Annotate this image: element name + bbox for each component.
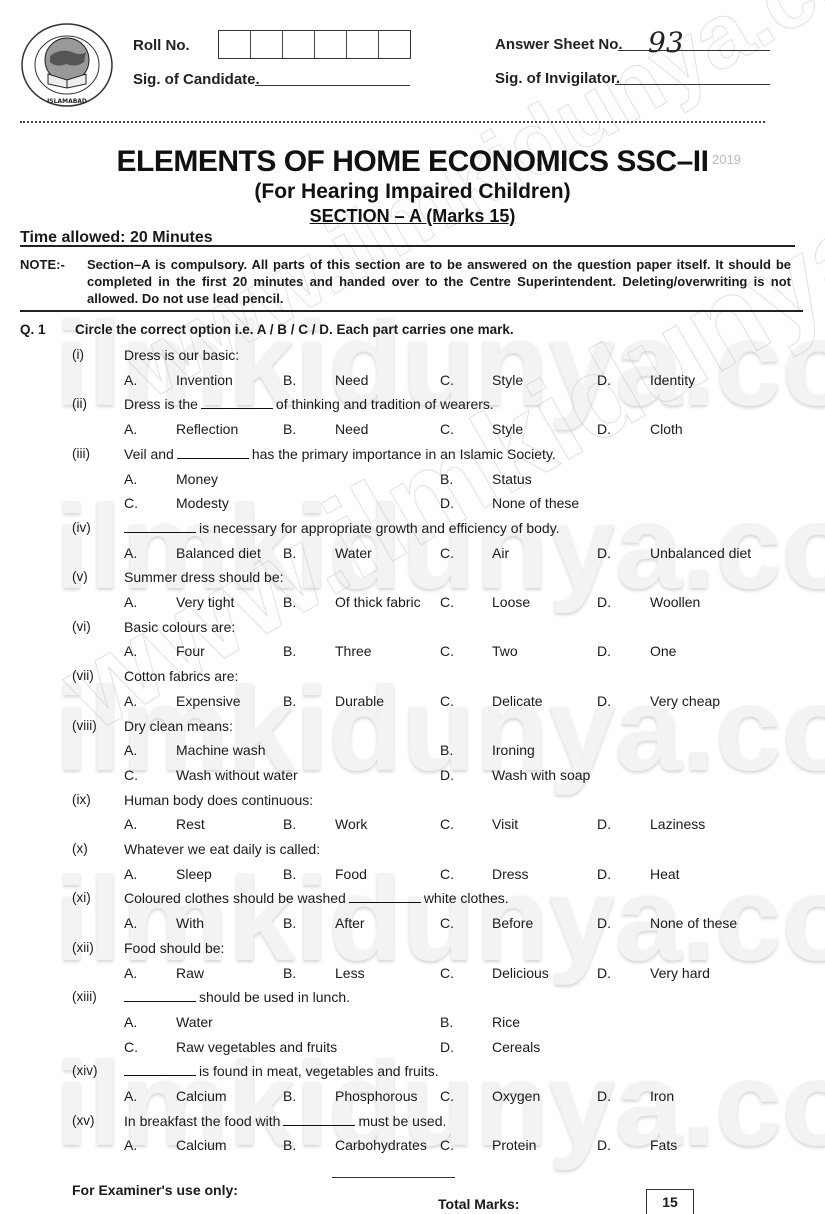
option-letter[interactable]: B. xyxy=(283,1137,296,1153)
question-text: Coloured clothes should be washed xyxy=(124,890,346,906)
board-seal-logo: ISLAMABAD xyxy=(20,22,114,108)
question-number: (xv) xyxy=(72,1113,95,1128)
option-text[interactable]: Laziness xyxy=(650,816,705,832)
question-text: Cotton fabrics are: xyxy=(124,668,238,684)
question-text: is found in meat, vegetables and fruits. xyxy=(199,1063,439,1079)
option-text[interactable]: Iron xyxy=(650,1088,674,1104)
divider xyxy=(20,310,803,312)
question-number: (xii) xyxy=(72,940,94,955)
option-text[interactable]: Reflection xyxy=(176,421,238,437)
option-letter[interactable]: B. xyxy=(283,594,296,610)
question-number: (xiv) xyxy=(72,1063,98,1078)
option-letter[interactable]: B. xyxy=(283,693,296,709)
roll-no-boxes[interactable] xyxy=(218,30,411,59)
option-text[interactable]: Raw xyxy=(176,965,204,981)
question-number: (viii) xyxy=(72,718,97,733)
question-stem: Summer dress should be: xyxy=(124,569,284,585)
question-number: (i) xyxy=(72,347,84,362)
fill-in-blank xyxy=(124,520,196,533)
option-text[interactable]: None of these xyxy=(650,915,737,931)
option-letter[interactable]: C. xyxy=(124,1039,138,1055)
question-stem: Food should be: xyxy=(124,940,224,956)
question-number: (iv) xyxy=(72,520,91,535)
question-number: (ii) xyxy=(72,396,87,411)
question-stem: Human body does continuous: xyxy=(124,792,313,808)
option-letter[interactable]: D. xyxy=(597,693,611,709)
option-letter[interactable]: B. xyxy=(283,372,296,388)
note-label: NOTE:- xyxy=(20,257,65,272)
option-letter[interactable]: B. xyxy=(283,421,296,437)
option-text[interactable]: Protein xyxy=(492,1137,536,1153)
roll-no-digit-box[interactable] xyxy=(315,31,347,58)
option-text[interactable]: One xyxy=(650,643,676,659)
option-text[interactable]: Carbohydrates xyxy=(335,1137,427,1153)
option-letter[interactable]: D. xyxy=(597,816,611,832)
fill-in-blank xyxy=(124,1063,196,1076)
paper-title: ELEMENTS OF HOME ECONOMICS SSC–II xyxy=(0,145,825,179)
fill-in-blank xyxy=(349,890,421,903)
option-text[interactable]: Less xyxy=(335,965,365,981)
option-text[interactable]: Very tight xyxy=(176,594,234,610)
option-letter[interactable]: A. xyxy=(124,915,137,931)
option-text[interactable]: Four xyxy=(176,643,205,659)
roll-no-digit-box[interactable] xyxy=(347,31,379,58)
option-letter[interactable]: A. xyxy=(124,372,137,388)
option-text[interactable]: None of these xyxy=(492,495,579,511)
question-stem: Dress is theof thinking and tradition of… xyxy=(124,396,494,412)
option-text[interactable]: With xyxy=(176,915,204,931)
option-text[interactable]: Modesty xyxy=(176,495,229,511)
question-number: (xi) xyxy=(72,890,91,905)
option-text[interactable]: Delicate xyxy=(492,693,543,709)
question-stem: should be used in lunch. xyxy=(124,989,350,1005)
option-text[interactable]: Water xyxy=(176,1014,213,1030)
sig-candidate-line[interactable] xyxy=(255,85,410,86)
paper-subtitle: (For Hearing Impaired Children) xyxy=(0,180,825,204)
fill-in-blank xyxy=(283,1113,355,1126)
option-letter[interactable]: B. xyxy=(283,915,296,931)
option-text[interactable]: Oxygen xyxy=(492,1088,540,1104)
note-text: Section–A is compulsory. All parts of th… xyxy=(87,256,791,307)
question-text: Basic colours are: xyxy=(124,619,235,635)
sig-invigilator-label: Sig. of Invigilator. xyxy=(495,70,620,87)
option-text[interactable]: Need xyxy=(335,372,368,388)
option-text[interactable]: Raw vegetables and fruits xyxy=(176,1039,337,1055)
option-letter[interactable]: D. xyxy=(440,495,454,511)
examiner-signature-line xyxy=(332,1177,455,1178)
option-letter[interactable]: D. xyxy=(597,421,611,437)
question-stem: is found in meat, vegetables and fruits. xyxy=(124,1063,439,1079)
question-stem: is necessary for appropriate growth and … xyxy=(124,520,560,536)
option-text[interactable]: Heat xyxy=(650,866,680,882)
sig-invigilator-line[interactable] xyxy=(615,84,770,85)
option-letter[interactable]: C. xyxy=(124,767,138,783)
sig-candidate-label: Sig. of Candidate. xyxy=(133,71,260,88)
option-text[interactable]: Visit xyxy=(492,816,518,832)
option-letter[interactable]: B. xyxy=(283,545,296,561)
question-stem: Basic colours are: xyxy=(124,619,235,635)
option-letter[interactable]: A. xyxy=(124,866,137,882)
question-number: (xiii) xyxy=(72,989,97,1004)
option-letter[interactable]: D. xyxy=(440,767,454,783)
option-text[interactable]: After xyxy=(335,915,365,931)
option-letter[interactable]: B. xyxy=(440,742,453,758)
answer-sheet-handwritten-value: 93 xyxy=(648,26,684,59)
question-stem: In breakfast the food withmust be used. xyxy=(124,1113,446,1129)
option-text[interactable]: Water xyxy=(335,545,372,561)
option-letter[interactable]: A. xyxy=(124,421,137,437)
total-marks-label: Total Marks: xyxy=(438,1196,519,1212)
option-text[interactable]: Woollen xyxy=(650,594,700,610)
question-text: Dress is our basic: xyxy=(124,347,239,363)
option-letter[interactable]: B. xyxy=(283,866,296,882)
option-text[interactable]: Of thick fabric xyxy=(335,594,421,610)
option-letter[interactable]: A. xyxy=(124,965,137,981)
question-text: should be used in lunch. xyxy=(199,989,350,1005)
option-letter[interactable]: A. xyxy=(124,1137,137,1153)
roll-no-label: Roll No. xyxy=(133,37,190,54)
option-letter[interactable]: D. xyxy=(597,594,611,610)
option-text[interactable]: Air xyxy=(492,545,509,561)
option-letter[interactable]: C. xyxy=(440,421,454,437)
option-letter[interactable]: C. xyxy=(440,372,454,388)
option-letter[interactable]: B. xyxy=(283,816,296,832)
roll-no-digit-box[interactable] xyxy=(283,31,315,58)
option-letter[interactable]: C. xyxy=(440,965,454,981)
examiner-label: For Examiner's use only: xyxy=(72,1182,238,1198)
option-letter[interactable]: C. xyxy=(440,1137,454,1153)
section-heading: SECTION – A (Marks 15) xyxy=(0,206,825,227)
option-text[interactable]: Calcium xyxy=(176,1088,227,1104)
question-number: (v) xyxy=(72,569,88,584)
option-letter[interactable]: A. xyxy=(124,545,137,561)
option-letter[interactable]: A. xyxy=(124,471,137,487)
option-text[interactable]: Rice xyxy=(492,1014,520,1030)
question-text: Food should be: xyxy=(124,940,224,956)
option-letter[interactable]: B. xyxy=(283,1088,296,1104)
option-text[interactable]: Cloth xyxy=(650,421,683,437)
option-text[interactable]: Style xyxy=(492,421,523,437)
question-number: (iii) xyxy=(72,446,90,461)
question-text: Whatever we eat daily is called: xyxy=(124,841,320,857)
option-letter[interactable]: A. xyxy=(124,1088,137,1104)
option-text[interactable]: Very hard xyxy=(650,965,710,981)
question-number: (ix) xyxy=(72,792,91,807)
answer-sheet-line[interactable] xyxy=(618,50,770,51)
option-letter[interactable]: B. xyxy=(283,965,296,981)
option-letter[interactable]: D. xyxy=(597,1137,611,1153)
option-letter[interactable]: A. xyxy=(124,693,137,709)
question-text: is necessary for appropriate growth and … xyxy=(199,520,560,536)
option-letter[interactable]: B. xyxy=(440,1014,453,1030)
question-stem: Cotton fabrics are: xyxy=(124,668,238,684)
option-text[interactable]: Three xyxy=(335,643,372,659)
option-letter[interactable]: C. xyxy=(440,1088,454,1104)
option-text[interactable]: Calcium xyxy=(176,1137,227,1153)
option-letter[interactable]: A. xyxy=(124,1014,137,1030)
option-letter[interactable]: B. xyxy=(440,471,453,487)
option-letter[interactable]: C. xyxy=(440,693,454,709)
option-text[interactable]: Very cheap xyxy=(650,693,720,709)
option-text[interactable]: Dress xyxy=(492,866,529,882)
option-text[interactable]: Balanced diet xyxy=(176,545,261,561)
option-text[interactable]: Rest xyxy=(176,816,205,832)
question-stem: Dry clean means: xyxy=(124,718,233,734)
option-text[interactable]: Two xyxy=(492,643,518,659)
question-text: In breakfast the food with xyxy=(124,1113,280,1129)
question-number: (vi) xyxy=(72,619,91,634)
option-text[interactable]: Fats xyxy=(650,1137,677,1153)
question-number: (x) xyxy=(72,841,88,856)
option-text[interactable]: Before xyxy=(492,915,533,931)
question-text: white clothes. xyxy=(424,890,509,906)
option-letter[interactable]: A. xyxy=(124,643,137,659)
cut-line-divider xyxy=(20,121,765,123)
question-stem: Whatever we eat daily is called: xyxy=(124,841,320,857)
question-text: has the primary importance in an Islamic… xyxy=(252,446,556,462)
option-text[interactable]: Food xyxy=(335,866,367,882)
fill-in-blank xyxy=(201,396,273,409)
option-letter[interactable]: A. xyxy=(124,816,137,832)
question-label: Q. 1 xyxy=(20,322,46,337)
question-text: Human body does continuous: xyxy=(124,792,313,808)
option-text[interactable]: Unbalanced diet xyxy=(650,545,751,561)
option-letter[interactable]: D. xyxy=(597,545,611,561)
option-letter[interactable]: C. xyxy=(440,866,454,882)
option-letter[interactable]: A. xyxy=(124,742,137,758)
svg-text:ISLAMABAD: ISLAMABAD xyxy=(47,98,87,105)
option-text[interactable]: Money xyxy=(176,471,218,487)
paper-year: 2019 xyxy=(712,152,741,167)
fill-in-blank xyxy=(124,989,196,1002)
option-letter[interactable]: C. xyxy=(124,495,138,511)
option-text[interactable]: Status xyxy=(492,471,532,487)
option-letter[interactable]: D. xyxy=(597,372,611,388)
option-text[interactable]: Need xyxy=(335,421,368,437)
option-letter[interactable]: C. xyxy=(440,915,454,931)
option-text[interactable]: Sleep xyxy=(176,866,212,882)
option-text[interactable]: Identity xyxy=(650,372,695,388)
option-letter[interactable]: D. xyxy=(597,866,611,882)
divider xyxy=(20,245,795,247)
option-letter[interactable]: D. xyxy=(597,965,611,981)
option-letter[interactable]: B. xyxy=(283,643,296,659)
option-letter[interactable]: C. xyxy=(440,545,454,561)
option-text[interactable]: Work xyxy=(335,816,367,832)
option-letter[interactable]: D. xyxy=(597,643,611,659)
option-text[interactable]: Loose xyxy=(492,594,530,610)
option-text[interactable]: Durable xyxy=(335,693,384,709)
question-stem: Veil andhas the primary importance in an… xyxy=(124,446,556,462)
question-stem: Dress is our basic: xyxy=(124,347,239,363)
option-text[interactable]: Wash with soap xyxy=(492,767,590,783)
option-letter[interactable]: D. xyxy=(597,915,611,931)
question-text: of thinking and tradition of wearers. xyxy=(276,396,494,412)
option-letter[interactable]: C. xyxy=(440,594,454,610)
option-letter[interactable]: C. xyxy=(440,643,454,659)
question-text: Summer dress should be: xyxy=(124,569,284,585)
question-stem: Coloured clothes should be washedwhite c… xyxy=(124,890,509,906)
option-text[interactable]: Cereals xyxy=(492,1039,540,1055)
question-text: Dress is the xyxy=(124,396,198,412)
total-marks-box: 15 xyxy=(646,1189,694,1214)
question-text: Dry clean means: xyxy=(124,718,233,734)
roll-no-digit-box[interactable] xyxy=(379,31,410,58)
question-text: Veil and xyxy=(124,446,174,462)
option-text[interactable]: Style xyxy=(492,372,523,388)
option-letter[interactable]: A. xyxy=(124,594,137,610)
option-text[interactable]: Invention xyxy=(176,372,233,388)
question-instruction: Circle the correct option i.e. A / B / C… xyxy=(75,322,514,337)
question-number: (vii) xyxy=(72,668,94,683)
question-text: must be used. xyxy=(358,1113,446,1129)
option-text[interactable]: Phosphorous xyxy=(335,1088,418,1104)
option-letter[interactable]: D. xyxy=(440,1039,454,1055)
fill-in-blank xyxy=(177,446,249,459)
option-text[interactable]: Delicious xyxy=(492,965,549,981)
roll-no-digit-box[interactable] xyxy=(251,31,283,58)
answer-sheet-label: Answer Sheet No. xyxy=(495,36,623,53)
option-text[interactable]: Machine wash xyxy=(176,742,266,758)
roll-no-digit-box[interactable] xyxy=(219,31,251,58)
option-letter[interactable]: D. xyxy=(597,1088,611,1104)
option-text[interactable]: Expensive xyxy=(176,693,241,709)
option-text[interactable]: Wash without water xyxy=(176,767,298,783)
option-letter[interactable]: C. xyxy=(440,816,454,832)
option-text[interactable]: Ironing xyxy=(492,742,535,758)
